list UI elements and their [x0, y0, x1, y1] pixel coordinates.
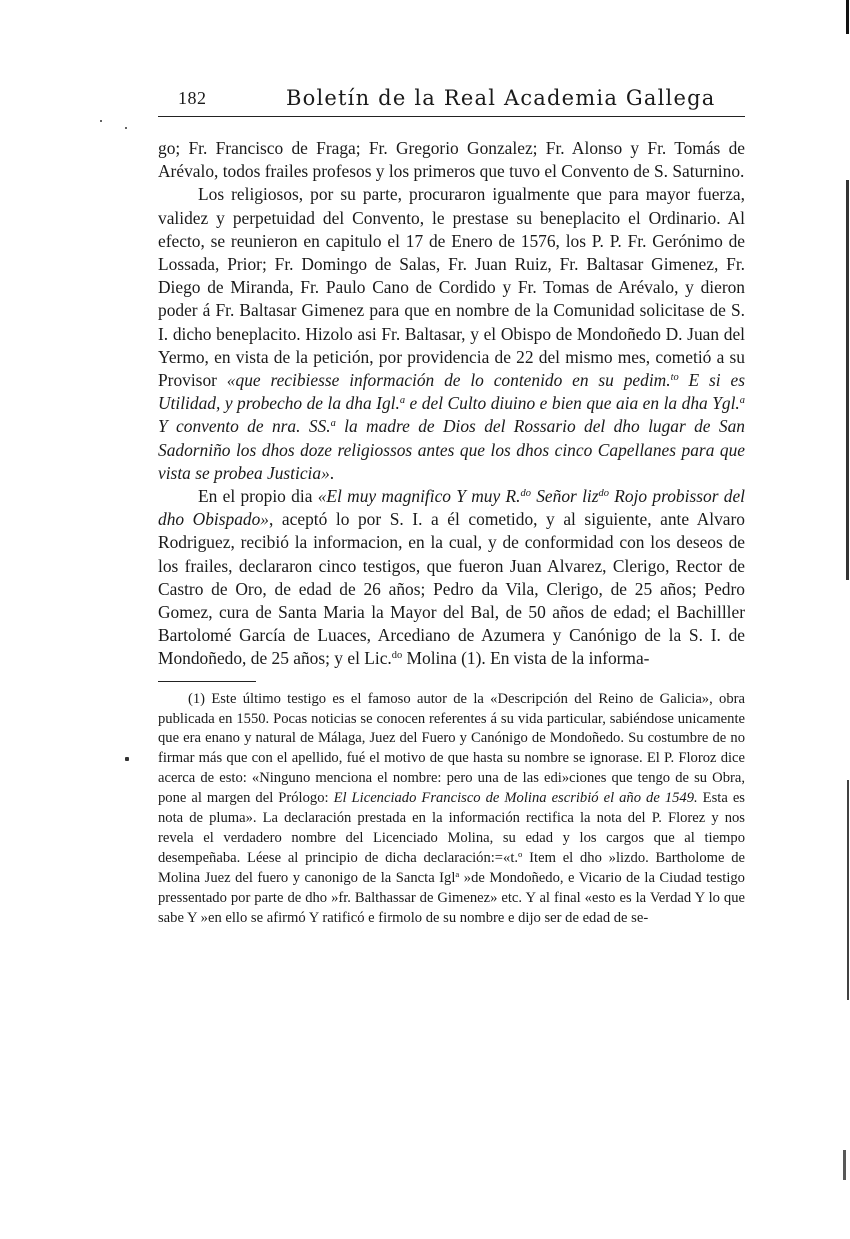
paragraph-3: En el propio dia «El muy magnifico Y muy… — [158, 485, 745, 671]
footnotes: (1) Este último testigo es el famoso aut… — [158, 690, 745, 929]
paragraph-1: go; Fr. Francisco de Fraga; Fr. Gregorio… — [158, 137, 745, 183]
scan-edge-bar-upper — [846, 180, 849, 580]
scan-edge-mark-top — [846, 0, 849, 34]
scan-speck — [125, 757, 129, 761]
body-text: go; Fr. Francisco de Fraga; Fr. Gregorio… — [158, 137, 745, 671]
document-page: 182 Boletín de la Real Academia Gallega … — [158, 86, 745, 929]
footnote-divider — [158, 681, 256, 682]
journal-title: Boletín de la Real Academia Gallega — [286, 86, 715, 110]
scan-edge-bar-lower — [847, 780, 849, 1000]
scan-speck — [100, 120, 102, 122]
running-head: 182 Boletín de la Real Academia Gallega — [158, 86, 745, 117]
scan-speck — [125, 127, 127, 129]
paragraph-2: Los religiosos, por su parte, procuraron… — [158, 183, 745, 485]
footnote-1: (1) Este último testigo es el famoso aut… — [158, 690, 745, 929]
page-number: 182 — [178, 88, 207, 109]
scan-edge-mark-bottom — [843, 1150, 846, 1180]
